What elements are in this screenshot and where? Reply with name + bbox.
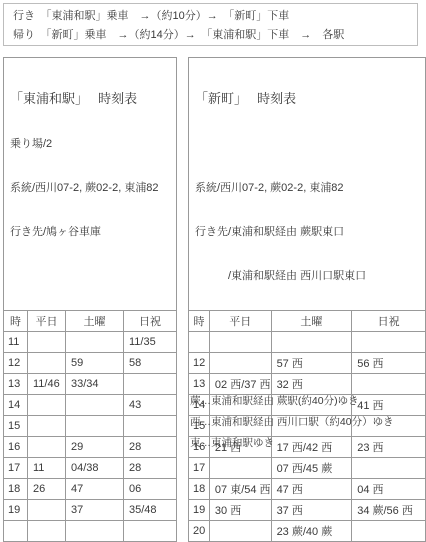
- col-header-saturday: 土曜: [66, 311, 124, 332]
- shinmachi-timetable: 「新町」 時刻表 系統/西川07-2, 蕨02-2, 東浦82 行き先/東浦和駅…: [188, 57, 426, 542]
- info-line-destination-1: 行き先/東浦和駅経由 蕨駅東口: [195, 222, 425, 242]
- cell-hour: 19: [4, 500, 28, 521]
- table-row: [189, 332, 426, 353]
- table-header-row: 時 平日 土曜 日祝: [4, 311, 177, 332]
- panel-title: 「東浦和駅」 時刻表: [10, 91, 176, 107]
- cell-weekday: [28, 521, 66, 542]
- col-header-hour: 時: [189, 311, 210, 332]
- cell-saturday: 23 蕨/40 蕨: [271, 521, 352, 542]
- cell-weekday: 11: [28, 458, 66, 479]
- col-header-holiday: 日祝: [124, 311, 177, 332]
- panel-info-cell: 「新町」 時刻表 系統/西川07-2, 蕨02-2, 東浦82 行き先/東浦和駅…: [189, 58, 426, 311]
- cell-saturday: 47 西: [271, 479, 352, 500]
- table-row: [4, 521, 177, 542]
- col-header-holiday: 日祝: [352, 311, 426, 332]
- return-route-line: 帰り 「新町」乗車 →（約14分）→ 「東浦和駅」下車 → 各駅: [13, 26, 417, 45]
- table-row: 14 43: [4, 395, 177, 416]
- col-header-weekday: 平日: [28, 311, 66, 332]
- table-row: 19 30 西 37 西 34 蕨/56 西: [189, 500, 426, 521]
- cell-weekday: [209, 353, 271, 374]
- table-row: 16 29 28: [4, 437, 177, 458]
- cell-saturday: 07 西/45 蕨: [271, 458, 352, 479]
- cell-hour: [189, 332, 210, 353]
- cell-saturday: 37 西: [271, 500, 352, 521]
- cell-holiday: 35/48: [124, 500, 177, 521]
- cell-hour: 17: [189, 458, 210, 479]
- table-row: 11 11/35: [4, 332, 177, 353]
- cell-hour: 14: [4, 395, 28, 416]
- table-row: 12 59 58: [4, 353, 177, 374]
- cell-hour: 12: [189, 353, 210, 374]
- info-line-destination-2: /東浦和駅経由 西川口駅東口: [195, 266, 425, 286]
- table-row: 13 11/46 33/34: [4, 374, 177, 395]
- outbound-route-line: 行き 「東浦和駅」乗車 →（約10分）→ 「新町」下車: [13, 7, 417, 26]
- cell-saturday: 33/34: [66, 374, 124, 395]
- table-row: 15: [4, 416, 177, 437]
- route-summary-box: 行き 「東浦和駅」乗車 →（約10分）→ 「新町」下車 帰り 「新町」乗車 →（…: [3, 3, 418, 46]
- info-line-destination: 行き先/鳩ヶ谷車庫: [10, 222, 176, 242]
- cell-holiday: 56 西: [352, 353, 426, 374]
- cell-hour: 13: [4, 374, 28, 395]
- info-line-platform: 乗り場/2: [10, 134, 176, 154]
- cell-weekday: 11/46: [28, 374, 66, 395]
- cell-saturday: 59: [66, 353, 124, 374]
- cell-hour: [4, 521, 28, 542]
- info-line-routes: 系統/西川07-2, 蕨02-2, 東浦82: [10, 178, 176, 198]
- cell-holiday: [124, 374, 177, 395]
- cell-saturday: 29: [66, 437, 124, 458]
- cell-holiday: 04 西: [352, 479, 426, 500]
- cell-weekday: [28, 332, 66, 353]
- table-row: 20 23 蕨/40 蕨: [189, 521, 426, 542]
- higashiurawa-panel: 「東浦和駅」 時刻表 乗り場/2 系統/西川07-2, 蕨02-2, 東浦82 …: [3, 57, 177, 542]
- cell-holiday: [352, 458, 426, 479]
- cell-weekday: [28, 353, 66, 374]
- cell-hour: 18: [4, 479, 28, 500]
- cell-holiday: [352, 521, 426, 542]
- table-row: 18 07 東/54 西 47 西 04 西: [189, 479, 426, 500]
- cell-hour: 17: [4, 458, 28, 479]
- cell-holiday: 28: [124, 437, 177, 458]
- cell-saturday: [271, 332, 352, 353]
- footnote-warabi: 蕨…東浦和駅経由 蕨駅(約40分)ゆき: [190, 391, 394, 412]
- cell-weekday: [209, 332, 271, 353]
- col-header-hour: 時: [4, 311, 28, 332]
- cell-weekday: [28, 437, 66, 458]
- higashiurawa-timetable: 「東浦和駅」 時刻表 乗り場/2 系統/西川07-2, 蕨02-2, 東浦82 …: [3, 57, 177, 542]
- panel-info-row: 「新町」 時刻表 系統/西川07-2, 蕨02-2, 東浦82 行き先/東浦和駅…: [189, 58, 426, 311]
- info-line-blank: [195, 134, 425, 154]
- table-row: 18 26 47 06: [4, 479, 177, 500]
- cell-holiday: 28: [124, 458, 177, 479]
- footnotes: 蕨…東浦和駅経由 蕨駅(約40分)ゆき 西…東浦和駅経由 西川口駅（約40分）ゆ…: [190, 391, 394, 454]
- panel-info-row: 「東浦和駅」 時刻表 乗り場/2 系統/西川07-2, 蕨02-2, 東浦82 …: [4, 58, 177, 311]
- cell-holiday: 06: [124, 479, 177, 500]
- cell-holiday: 34 蕨/56 西: [352, 500, 426, 521]
- cell-hour: 15: [4, 416, 28, 437]
- cell-weekday: [209, 521, 271, 542]
- cell-hour: 11: [4, 332, 28, 353]
- shinmachi-panel: 「新町」 時刻表 系統/西川07-2, 蕨02-2, 東浦82 行き先/東浦和駅…: [188, 57, 426, 542]
- cell-holiday: [352, 332, 426, 353]
- col-header-weekday: 平日: [209, 311, 271, 332]
- panel-info-cell: 「東浦和駅」 時刻表 乗り場/2 系統/西川07-2, 蕨02-2, 東浦82 …: [4, 58, 177, 311]
- table-row: 17 07 西/45 蕨: [189, 458, 426, 479]
- cell-holiday: [124, 521, 177, 542]
- cell-holiday: [124, 416, 177, 437]
- cell-weekday: [209, 458, 271, 479]
- table-row: 17 11 04/38 28: [4, 458, 177, 479]
- cell-holiday: 58: [124, 353, 177, 374]
- cell-saturday: [66, 332, 124, 353]
- cell-hour: 18: [189, 479, 210, 500]
- cell-hour: 16: [4, 437, 28, 458]
- cell-weekday: [28, 395, 66, 416]
- info-line-routes: 系統/西川07-2, 蕨02-2, 東浦82: [195, 178, 425, 198]
- cell-hour: 12: [4, 353, 28, 374]
- info-line-blank: [10, 266, 176, 286]
- cell-weekday: 30 西: [209, 500, 271, 521]
- cell-weekday: 26: [28, 479, 66, 500]
- cell-weekday: [28, 416, 66, 437]
- table-row: 19 37 35/48: [4, 500, 177, 521]
- cell-holiday: 43: [124, 395, 177, 416]
- panel-title: 「新町」 時刻表: [195, 91, 425, 107]
- cell-weekday: [28, 500, 66, 521]
- cell-saturday: [66, 416, 124, 437]
- cell-saturday: 47: [66, 479, 124, 500]
- cell-hour: 20: [189, 521, 210, 542]
- col-header-saturday: 土曜: [271, 311, 352, 332]
- cell-saturday: 37: [66, 500, 124, 521]
- table-row: 12 57 西 56 西: [189, 353, 426, 374]
- cell-saturday: 04/38: [66, 458, 124, 479]
- cell-holiday: 11/35: [124, 332, 177, 353]
- cell-weekday: 07 東/54 西: [209, 479, 271, 500]
- table-header-row: 時 平日 土曜 日祝: [189, 311, 426, 332]
- cell-saturday: [66, 521, 124, 542]
- footnote-nishikawaguchi: 西…東浦和駅経由 西川口駅（約40分）ゆき: [190, 412, 394, 433]
- cell-hour: 19: [189, 500, 210, 521]
- cell-saturday: [66, 395, 124, 416]
- footnote-higashiurawa: 東…東浦和駅ゆき: [190, 433, 394, 454]
- cell-saturday: 57 西: [271, 353, 352, 374]
